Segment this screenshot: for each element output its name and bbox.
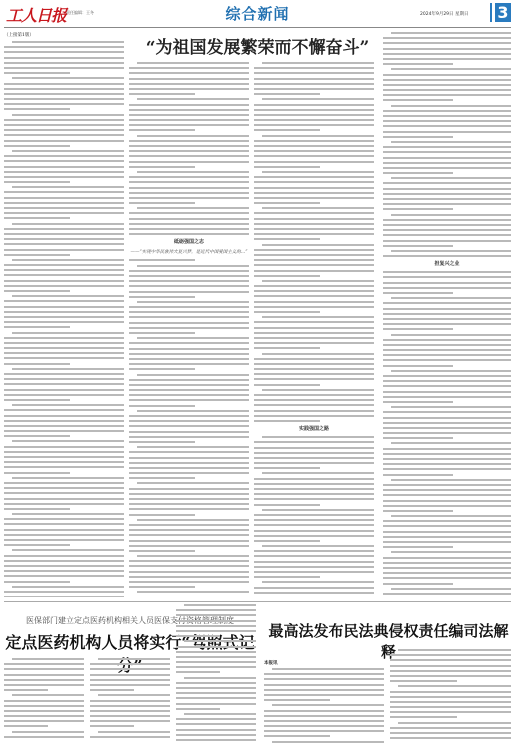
text-line bbox=[4, 238, 124, 240]
text-line bbox=[129, 140, 249, 142]
text-line bbox=[254, 218, 374, 220]
text-line bbox=[4, 539, 124, 541]
text-line bbox=[184, 713, 256, 715]
text-line bbox=[262, 135, 374, 137]
text-line bbox=[262, 244, 374, 246]
text-line bbox=[12, 114, 124, 116]
text-line bbox=[254, 363, 374, 365]
text-line bbox=[383, 546, 453, 548]
text-line bbox=[383, 63, 453, 65]
text-line bbox=[254, 145, 374, 147]
text-line bbox=[4, 409, 124, 411]
text-line bbox=[383, 198, 511, 200]
text-line bbox=[129, 394, 249, 396]
text-line bbox=[4, 51, 124, 53]
text-line bbox=[254, 78, 374, 80]
article-column-1: （上接第1版） bbox=[4, 32, 124, 597]
text-line bbox=[264, 678, 384, 680]
text-line bbox=[12, 731, 84, 733]
text-line bbox=[4, 710, 84, 712]
text-line bbox=[4, 570, 124, 572]
subhead: 砥砺强国之志 bbox=[129, 238, 249, 245]
text-line bbox=[176, 708, 220, 710]
text-line bbox=[383, 505, 511, 507]
text-line bbox=[254, 311, 320, 313]
text-line bbox=[254, 238, 320, 240]
masthead-rule bbox=[4, 27, 511, 28]
text-line bbox=[383, 359, 511, 361]
text-line bbox=[4, 217, 70, 219]
text-line bbox=[98, 731, 170, 733]
text-line bbox=[90, 705, 170, 707]
text-line bbox=[254, 514, 374, 516]
text-line bbox=[391, 442, 511, 444]
text-line bbox=[4, 98, 124, 100]
text-line bbox=[383, 188, 511, 190]
text-line bbox=[4, 425, 124, 427]
text-line bbox=[383, 593, 511, 595]
text-line bbox=[4, 663, 84, 665]
text-line bbox=[4, 290, 70, 292]
text-line bbox=[129, 508, 249, 510]
text-line bbox=[4, 736, 84, 738]
text-line bbox=[176, 661, 256, 663]
text-line bbox=[129, 192, 249, 194]
text-line bbox=[90, 715, 170, 717]
text-line bbox=[176, 630, 256, 632]
text-line bbox=[98, 694, 170, 696]
text-line bbox=[262, 280, 374, 282]
text-line bbox=[254, 124, 374, 126]
text-line bbox=[264, 735, 330, 737]
text-line bbox=[383, 557, 511, 559]
text-line bbox=[129, 202, 195, 204]
text-line bbox=[129, 176, 249, 178]
text-line bbox=[383, 510, 453, 512]
text-line bbox=[4, 668, 84, 670]
text-line bbox=[272, 704, 384, 706]
text-line bbox=[129, 285, 249, 287]
text-line bbox=[383, 458, 511, 460]
text-line bbox=[12, 259, 124, 261]
text-line bbox=[137, 519, 249, 521]
text-line bbox=[129, 576, 249, 578]
text-line bbox=[383, 396, 511, 398]
text-line bbox=[254, 166, 320, 168]
text-line bbox=[129, 498, 249, 500]
text-line bbox=[254, 420, 320, 422]
text-line bbox=[90, 700, 170, 702]
text-line bbox=[4, 57, 124, 59]
text-line bbox=[390, 716, 457, 718]
text-line bbox=[264, 694, 384, 696]
text-line bbox=[383, 494, 511, 496]
text-line bbox=[176, 703, 256, 705]
text-line bbox=[254, 150, 374, 152]
text-line bbox=[4, 508, 70, 510]
text-line bbox=[383, 328, 453, 330]
text-line bbox=[129, 560, 249, 562]
text-line bbox=[391, 479, 511, 481]
text-line bbox=[4, 674, 84, 676]
text-line bbox=[254, 327, 374, 329]
text-line bbox=[383, 432, 511, 434]
text-line bbox=[383, 448, 511, 450]
text-line bbox=[254, 410, 374, 412]
text-line bbox=[129, 150, 249, 152]
text-line bbox=[264, 715, 384, 717]
text-line bbox=[176, 614, 256, 616]
text-line bbox=[4, 446, 124, 448]
text-line bbox=[4, 689, 48, 691]
text-line bbox=[254, 488, 374, 490]
text-line bbox=[383, 131, 511, 133]
text-line bbox=[383, 172, 453, 174]
text-line bbox=[4, 129, 124, 131]
text-line bbox=[4, 435, 70, 437]
text-line bbox=[383, 208, 453, 210]
text-line bbox=[4, 415, 124, 417]
text-line bbox=[383, 365, 453, 367]
text-line bbox=[129, 529, 249, 531]
text-line bbox=[383, 115, 511, 117]
text-line bbox=[4, 581, 70, 583]
text-line bbox=[4, 720, 84, 722]
text-line bbox=[254, 373, 374, 375]
text-line bbox=[254, 347, 320, 349]
text-line bbox=[254, 228, 374, 230]
text-line bbox=[4, 83, 124, 85]
text-line bbox=[129, 467, 249, 469]
text-line bbox=[4, 383, 124, 385]
text-line bbox=[129, 348, 249, 350]
text-line bbox=[383, 380, 511, 382]
text-line bbox=[254, 155, 374, 157]
text-line bbox=[129, 161, 249, 163]
text-line bbox=[137, 410, 249, 412]
text-line bbox=[383, 79, 511, 81]
text-line bbox=[90, 663, 170, 665]
text-line bbox=[129, 124, 249, 126]
text-line bbox=[254, 384, 320, 386]
text-line bbox=[254, 270, 374, 272]
text-line bbox=[4, 124, 124, 126]
continued-note: （上接第1版） bbox=[4, 32, 124, 38]
text-line bbox=[12, 295, 124, 297]
text-line bbox=[383, 453, 511, 455]
text-line bbox=[137, 446, 249, 448]
text-line bbox=[4, 119, 124, 121]
text-line bbox=[176, 734, 256, 736]
text-line bbox=[383, 313, 511, 315]
text-line bbox=[254, 550, 374, 552]
text-line bbox=[254, 223, 374, 225]
text-line bbox=[254, 109, 374, 111]
text-line bbox=[254, 498, 374, 500]
text-line bbox=[4, 399, 70, 401]
text-line bbox=[90, 689, 134, 691]
text-line bbox=[254, 295, 374, 297]
text-line bbox=[4, 108, 70, 110]
text-line bbox=[129, 259, 195, 261]
text-line bbox=[254, 285, 374, 287]
text-line bbox=[129, 78, 249, 80]
text-line bbox=[129, 109, 249, 111]
text-line bbox=[383, 401, 453, 403]
text-line bbox=[254, 493, 374, 495]
text-line bbox=[390, 675, 511, 677]
text-line bbox=[254, 114, 374, 116]
text-line bbox=[4, 326, 70, 328]
text-line bbox=[4, 529, 124, 531]
text-line bbox=[137, 555, 249, 557]
text-line bbox=[129, 306, 249, 308]
text-line bbox=[390, 737, 511, 739]
text-line bbox=[176, 687, 256, 689]
text-line bbox=[391, 68, 511, 70]
text-line bbox=[383, 489, 511, 491]
text-line bbox=[390, 680, 457, 682]
text-line bbox=[262, 545, 374, 547]
text-line bbox=[4, 181, 70, 183]
text-line bbox=[254, 566, 374, 568]
bottom-right-column-2 bbox=[390, 649, 511, 746]
text-line bbox=[398, 649, 511, 651]
text-line bbox=[254, 571, 374, 573]
text-line bbox=[129, 389, 249, 391]
text-line bbox=[390, 665, 511, 667]
text-line bbox=[4, 202, 124, 204]
text-line bbox=[254, 378, 374, 380]
text-line bbox=[4, 207, 124, 209]
text-line bbox=[137, 482, 249, 484]
text-line bbox=[4, 197, 124, 199]
text-line bbox=[383, 292, 453, 294]
text-line bbox=[254, 504, 320, 506]
text-line bbox=[262, 472, 374, 474]
text-line bbox=[176, 651, 256, 653]
text-line bbox=[383, 84, 511, 86]
text-line bbox=[383, 193, 511, 195]
text-line bbox=[254, 519, 374, 521]
text-line bbox=[137, 265, 249, 267]
text-line bbox=[4, 311, 124, 313]
text-line bbox=[4, 103, 124, 105]
text-line bbox=[254, 592, 374, 594]
text-line bbox=[390, 654, 511, 656]
text-line bbox=[129, 451, 249, 453]
text-line bbox=[254, 358, 374, 360]
text-line bbox=[129, 88, 249, 90]
text-line bbox=[4, 523, 124, 525]
text-line bbox=[383, 234, 511, 236]
text-line bbox=[129, 270, 249, 272]
text-line bbox=[4, 378, 124, 380]
text-line bbox=[129, 197, 249, 199]
text-line bbox=[254, 576, 320, 578]
text-line bbox=[383, 255, 511, 257]
masthead: 工人日报 责任编辑：王冬 综合新闻 2024年9月29日 星期日 3 bbox=[0, 0, 515, 28]
text-line bbox=[4, 518, 124, 520]
text-line bbox=[176, 682, 256, 684]
text-line bbox=[254, 342, 374, 344]
text-line bbox=[254, 368, 374, 370]
text-line bbox=[391, 105, 511, 107]
text-line bbox=[383, 318, 511, 320]
text-line bbox=[383, 500, 511, 502]
text-line bbox=[129, 571, 249, 573]
text-line bbox=[4, 456, 124, 458]
text-line bbox=[383, 110, 511, 112]
text-line bbox=[129, 405, 195, 407]
text-line bbox=[129, 436, 249, 438]
text-line bbox=[383, 229, 511, 231]
text-line bbox=[254, 441, 374, 443]
text-line bbox=[4, 430, 124, 432]
text-line bbox=[137, 98, 249, 100]
text-line bbox=[4, 62, 124, 64]
text-line bbox=[383, 583, 453, 585]
text-line bbox=[254, 301, 374, 303]
text-line bbox=[4, 565, 124, 567]
text-line bbox=[12, 223, 124, 225]
text-line bbox=[4, 725, 48, 727]
text-line bbox=[90, 668, 170, 670]
text-line bbox=[4, 160, 124, 162]
text-line bbox=[90, 684, 170, 686]
text-line bbox=[4, 140, 124, 142]
bottom-right-byline: 本报讯 bbox=[264, 661, 278, 666]
text-line bbox=[254, 394, 374, 396]
text-line bbox=[4, 394, 124, 396]
text-line bbox=[4, 337, 124, 339]
text-line bbox=[4, 596, 124, 597]
text-line bbox=[129, 462, 249, 464]
text-line bbox=[129, 586, 195, 588]
text-line bbox=[390, 659, 511, 661]
text-line bbox=[4, 498, 124, 500]
text-line bbox=[383, 271, 511, 273]
text-line bbox=[254, 259, 374, 261]
text-line bbox=[391, 297, 511, 299]
text-line bbox=[383, 151, 511, 153]
text-line bbox=[129, 93, 195, 95]
text-line bbox=[383, 417, 511, 419]
text-line bbox=[398, 722, 511, 724]
text-line bbox=[383, 94, 511, 96]
text-line bbox=[390, 696, 511, 698]
text-line bbox=[262, 171, 374, 173]
text-line bbox=[176, 635, 220, 637]
text-line bbox=[390, 691, 511, 693]
text-line bbox=[4, 243, 124, 245]
text-line bbox=[391, 250, 511, 252]
text-line bbox=[129, 67, 249, 69]
text-line bbox=[129, 322, 249, 324]
text-line bbox=[4, 451, 124, 453]
text-line bbox=[254, 462, 374, 464]
text-line bbox=[254, 337, 374, 339]
text-line bbox=[254, 181, 374, 183]
text-line bbox=[4, 487, 124, 489]
text-line bbox=[254, 467, 320, 469]
text-line bbox=[254, 587, 374, 589]
text-line bbox=[383, 167, 511, 169]
text-line bbox=[254, 233, 374, 235]
text-line bbox=[129, 431, 249, 433]
text-line bbox=[254, 404, 374, 406]
text-line bbox=[383, 287, 511, 289]
text-line bbox=[383, 474, 453, 476]
text-line bbox=[254, 452, 374, 454]
text-line bbox=[383, 125, 511, 127]
text-line bbox=[129, 399, 249, 401]
text-line bbox=[383, 99, 453, 101]
text-line bbox=[254, 561, 374, 563]
text-line bbox=[254, 187, 374, 189]
text-line bbox=[272, 741, 384, 743]
text-line bbox=[4, 145, 70, 147]
text-line bbox=[12, 694, 84, 696]
text-line bbox=[390, 670, 511, 672]
text-line bbox=[12, 404, 124, 406]
text-line bbox=[129, 550, 195, 552]
text-line bbox=[90, 674, 170, 676]
text-line bbox=[4, 280, 124, 282]
text-line bbox=[383, 74, 511, 76]
text-line bbox=[4, 342, 124, 344]
text-line bbox=[12, 41, 124, 43]
text-line bbox=[176, 625, 256, 627]
text-line bbox=[4, 575, 124, 577]
text-line bbox=[383, 520, 511, 522]
text-line bbox=[383, 572, 511, 574]
text-line bbox=[264, 684, 384, 686]
text-line bbox=[391, 32, 511, 34]
text-line bbox=[254, 524, 374, 526]
text-line bbox=[262, 509, 374, 511]
text-line bbox=[4, 492, 124, 494]
bottom-left-column-2 bbox=[90, 658, 170, 746]
section-divider bbox=[4, 601, 511, 602]
text-line bbox=[383, 339, 511, 341]
text-line bbox=[4, 352, 124, 354]
text-line bbox=[391, 214, 511, 216]
text-line bbox=[4, 269, 124, 271]
text-line bbox=[90, 679, 170, 681]
text-line bbox=[383, 308, 511, 310]
text-line bbox=[4, 555, 124, 557]
text-line bbox=[391, 177, 511, 179]
text-line bbox=[383, 157, 511, 159]
text-line bbox=[4, 306, 124, 308]
text-line bbox=[4, 171, 124, 173]
text-line bbox=[129, 233, 249, 235]
text-line bbox=[4, 700, 84, 702]
text-line bbox=[4, 472, 70, 474]
text-line bbox=[129, 72, 249, 74]
text-line bbox=[383, 562, 511, 564]
text-line bbox=[129, 545, 249, 547]
text-line bbox=[383, 182, 511, 184]
text-line bbox=[254, 93, 320, 95]
text-line bbox=[391, 406, 511, 408]
text-line bbox=[254, 457, 374, 459]
text-line bbox=[383, 391, 511, 393]
text-line bbox=[254, 83, 374, 85]
text-line bbox=[390, 732, 511, 734]
text-line bbox=[254, 88, 374, 90]
